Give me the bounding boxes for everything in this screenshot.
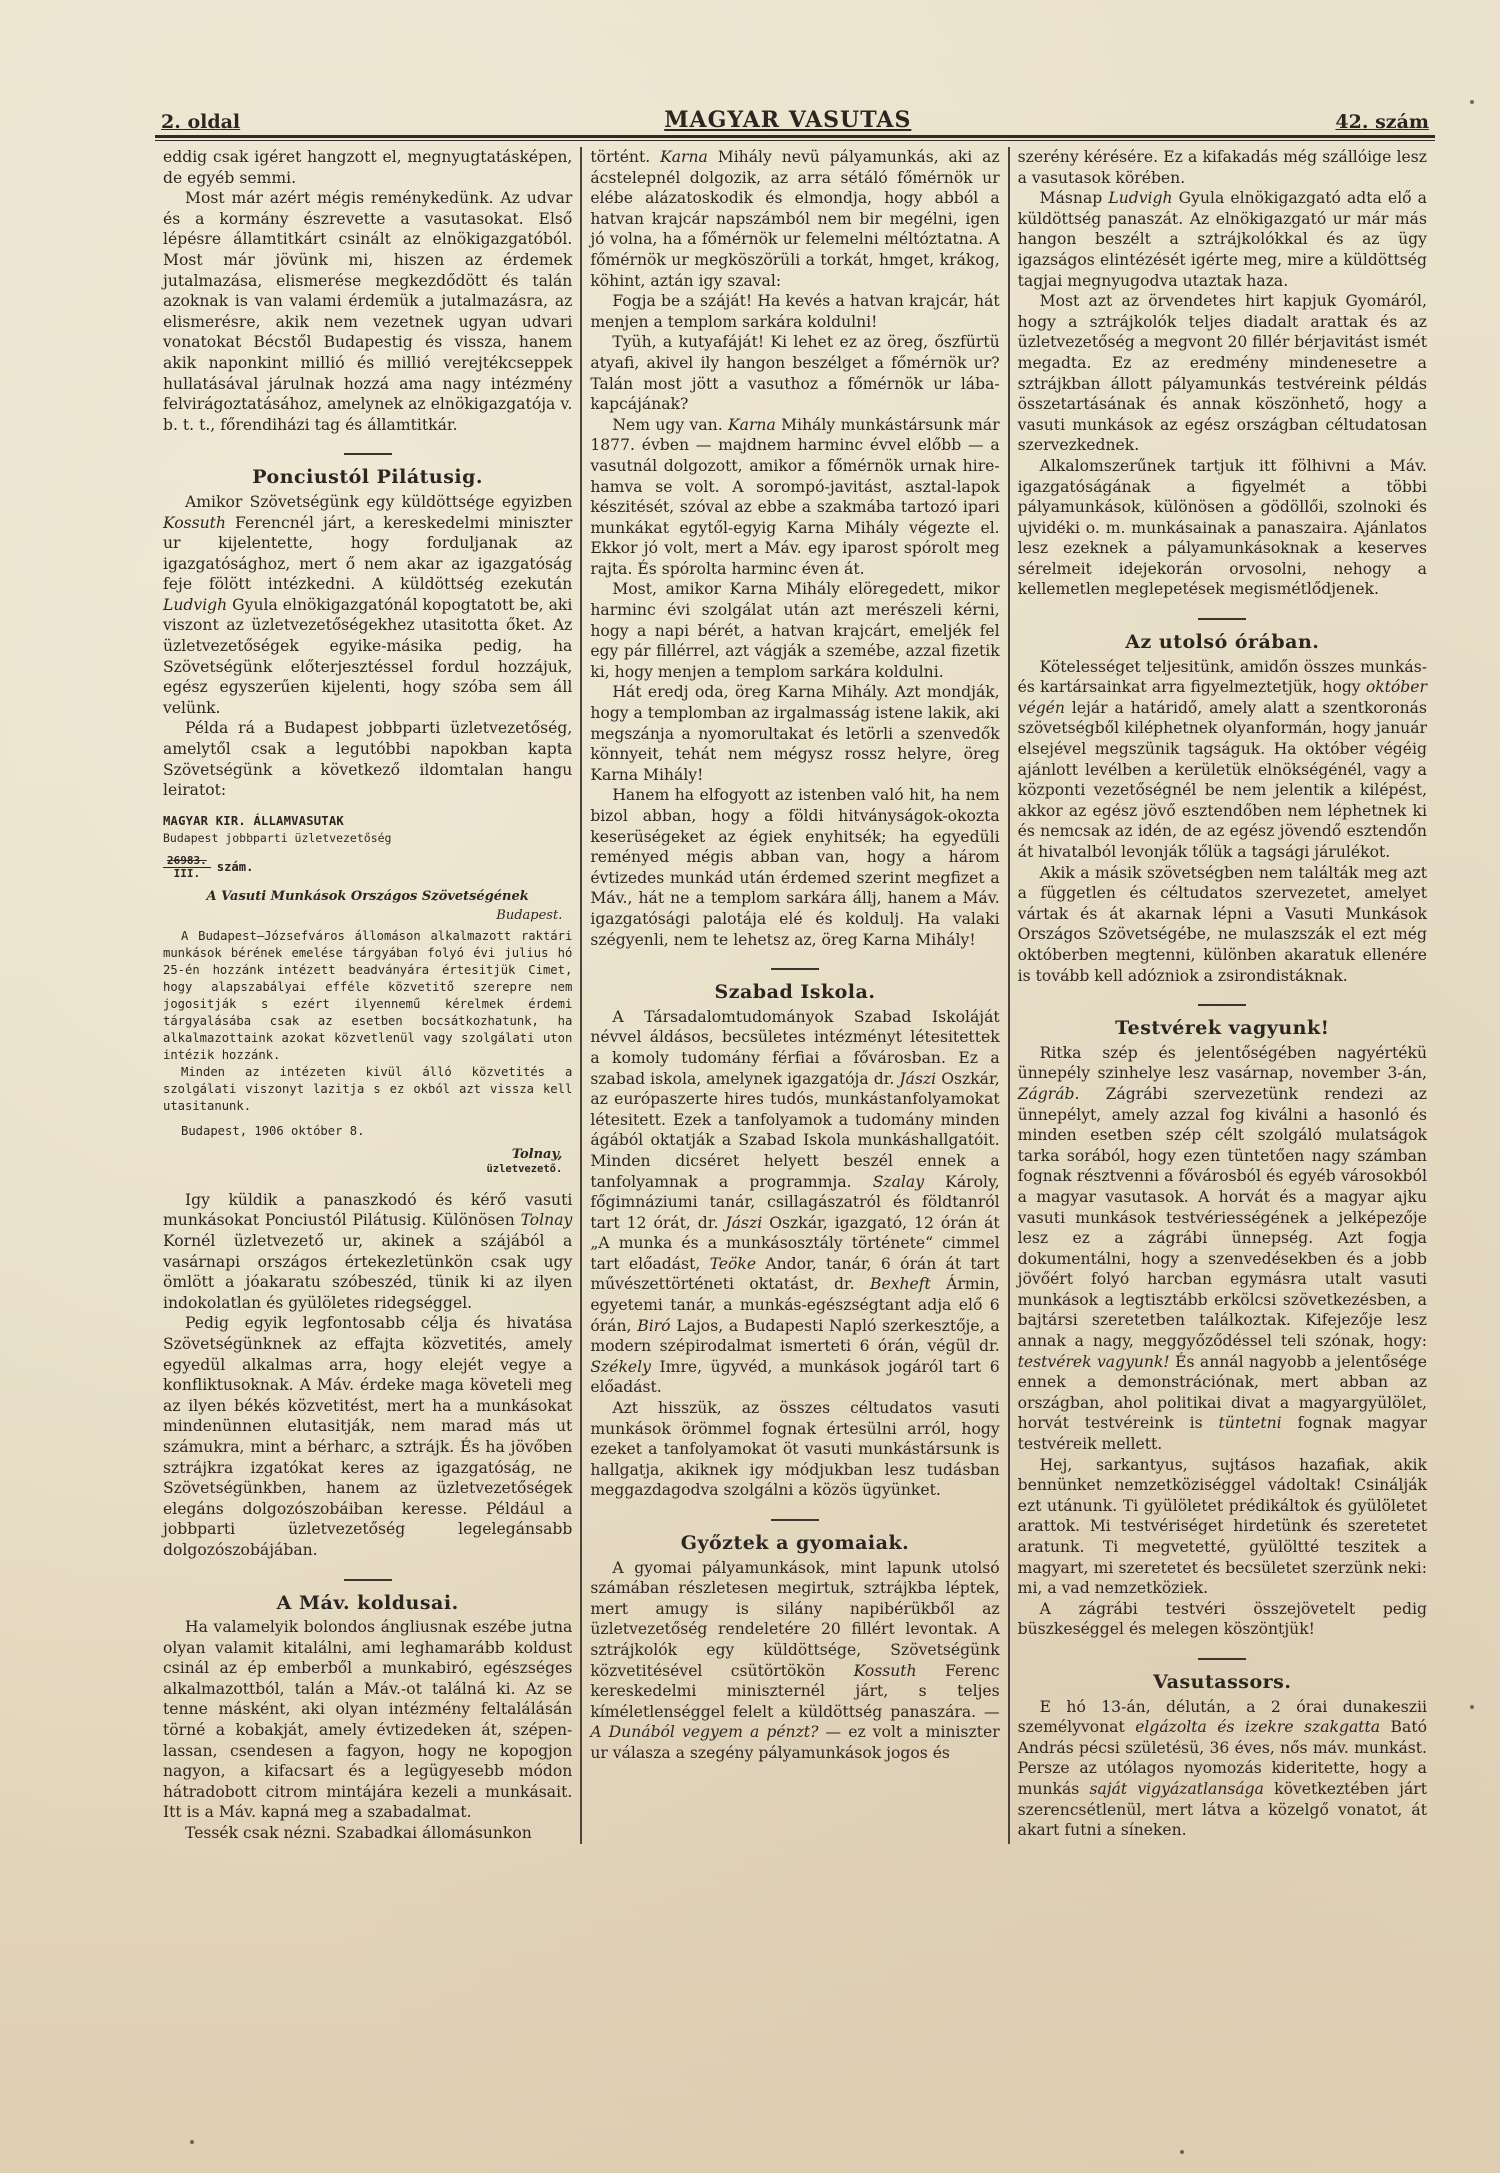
paragraph: Hanem ha elfogyott az istenben való hit,… [590, 785, 999, 950]
paragraph: A zágrábi testvéri összejövetelt pedig b… [1018, 1599, 1427, 1640]
letter-city: Budapest. [163, 907, 562, 924]
section-divider [771, 1519, 819, 1521]
letter-reference: 26983. III. szám. [163, 855, 572, 880]
masthead: 2. oldal MAGYAR VASUTAS 42. szám [155, 95, 1435, 133]
column-3: szerény kérésére. Ez a kifakadás még szá… [1008, 147, 1435, 1844]
paragraph: Fogja be a száját! Ha kevés a hatvan kra… [590, 291, 999, 332]
paragraph: Nem ugy van. Karna Mihály munkástársunk … [590, 415, 999, 580]
continued-paragraph: történt. Karna Mihály nevü pályamunkás, … [590, 147, 999, 291]
paragraph: Azt hisszük, az összes céltudatos vasuti… [590, 1398, 999, 1501]
article-title-szabad-iskola: Szabad Iskola. [590, 982, 999, 1003]
reference-number: 26983. III. [163, 855, 211, 880]
continued-paragraph: eddig csak igéret hangzott el, megnyugta… [163, 147, 572, 188]
letter-date: Budapest, 1906 október 8. [163, 1123, 572, 1140]
paragraph: Példa rá a Budapest jobbparti üzletvezet… [163, 718, 572, 800]
print-speck [1180, 2150, 1184, 2154]
column-1: eddig csak igéret hangzott el, megnyugta… [155, 147, 580, 1844]
paragraph: Akik a másik szövetségben nem találták m… [1018, 863, 1427, 987]
letter-dept: Budapest jobbparti üzletvezetőség [163, 830, 572, 847]
page-number: 2. oldal [161, 111, 240, 133]
masthead-rule [155, 135, 1435, 141]
article-title-gyomaiak: Győztek a gyomaiak. [590, 1533, 999, 1554]
article-title-vasutassors: Vasutassors. [1018, 1672, 1427, 1693]
paragraph: Hát eredj oda, öreg Karna Mihály. Azt mo… [590, 682, 999, 785]
column-2: történt. Karna Mihály nevü pályamunkás, … [580, 147, 1007, 1844]
paragraph: Pedig egyik legfontosabb célja és hivatá… [163, 1313, 572, 1560]
print-speck [1470, 100, 1474, 104]
letter-addressee: A Vasuti Munkások Országos Szövetségének [163, 888, 572, 905]
letter-paragraph: Minden az intézeten kivül álló közvetité… [163, 1064, 572, 1115]
print-speck [190, 2140, 194, 2144]
paragraph: E hó 13-án, délután, a 2 órai dunakeszii… [1018, 1697, 1427, 1841]
paragraph: Ritka szép és jelentőségében nagyértékü … [1018, 1043, 1427, 1455]
newspaper-title: MAGYAR VASUTAS [664, 107, 911, 133]
paragraph: Kötelességet teljesitünk, amidőn összes … [1018, 657, 1427, 863]
paragraph: Tessék csak nézni. Szabadkai állomásunko… [163, 1823, 572, 1844]
article-title-testverek: Testvérek vagyunk! [1018, 1018, 1427, 1039]
section-divider [344, 453, 392, 455]
section-divider [344, 1579, 392, 1581]
paragraph: Másnap Ludvigh Gyula elnökigazgató adta … [1018, 188, 1427, 291]
paragraph: Most már azért mégis reménykedünk. Az ud… [163, 188, 572, 435]
section-divider [1198, 618, 1246, 620]
continued-paragraph: szerény kérésére. Ez a kifakadás még szá… [1018, 147, 1427, 188]
quoted-letter: MAGYAR KIR. ÁLLAMVASUTAK Budapest jobbpa… [163, 813, 572, 1176]
print-speck [1470, 1705, 1474, 1709]
letter-paragraph: A Budapest—Józsefváros állomáson alkalma… [163, 928, 572, 1064]
paragraph: A gyomai pályamunkások, mint lapunk utol… [590, 1558, 999, 1764]
section-divider [1198, 1004, 1246, 1006]
continued-article: történt. Karna Mihály nevü pályamunkás, … [590, 147, 999, 950]
paragraph: Tyüh, a kutyafáját! Ki lehet ez az öreg,… [590, 332, 999, 414]
letter-signature: Tolnay, [163, 1146, 562, 1163]
columns: eddig csak igéret hangzott el, megnyugta… [155, 147, 1435, 1844]
section-divider [771, 968, 819, 970]
newspaper-page: 2. oldal MAGYAR VASUTAS 42. szám eddig c… [155, 95, 1435, 1844]
paragraph: Amikor Szövetségünk egy küldöttsége egyi… [163, 492, 572, 719]
section-divider [1198, 1658, 1246, 1660]
letter-org: MAGYAR KIR. ÁLLAMVASUTAK [163, 813, 572, 830]
paragraph: Hej, sarkantyus, sujtásos hazafiak, akik… [1018, 1455, 1427, 1599]
article-title-mav-koldusai: A Máv. koldusai. [163, 1593, 572, 1614]
paragraph: Most, amikor Karna Mihály elöregedett, m… [590, 579, 999, 682]
article-title-ponciustol: Ponciustól Pilátusig. [163, 467, 572, 488]
paragraph: Alkalomszerűnek tartjuk itt fölhivni a M… [1018, 456, 1427, 600]
letter-signature-role: üzletvezető. [163, 1163, 562, 1176]
article-title-utolso-oraban: Az utolsó órában. [1018, 632, 1427, 653]
paragraph: Most azt az örvendetes hirt kapjuk Gyomá… [1018, 291, 1427, 456]
paragraph: Ha valamelyik bolondos ángliusnak eszébe… [163, 1617, 572, 1823]
paragraph: A Társadalomtudományok Szabad Iskoláját … [590, 1007, 999, 1398]
issue-number: 42. szám [1335, 111, 1429, 133]
paragraph: Igy küldik a panaszkodó és kérő vasuti m… [163, 1190, 572, 1314]
